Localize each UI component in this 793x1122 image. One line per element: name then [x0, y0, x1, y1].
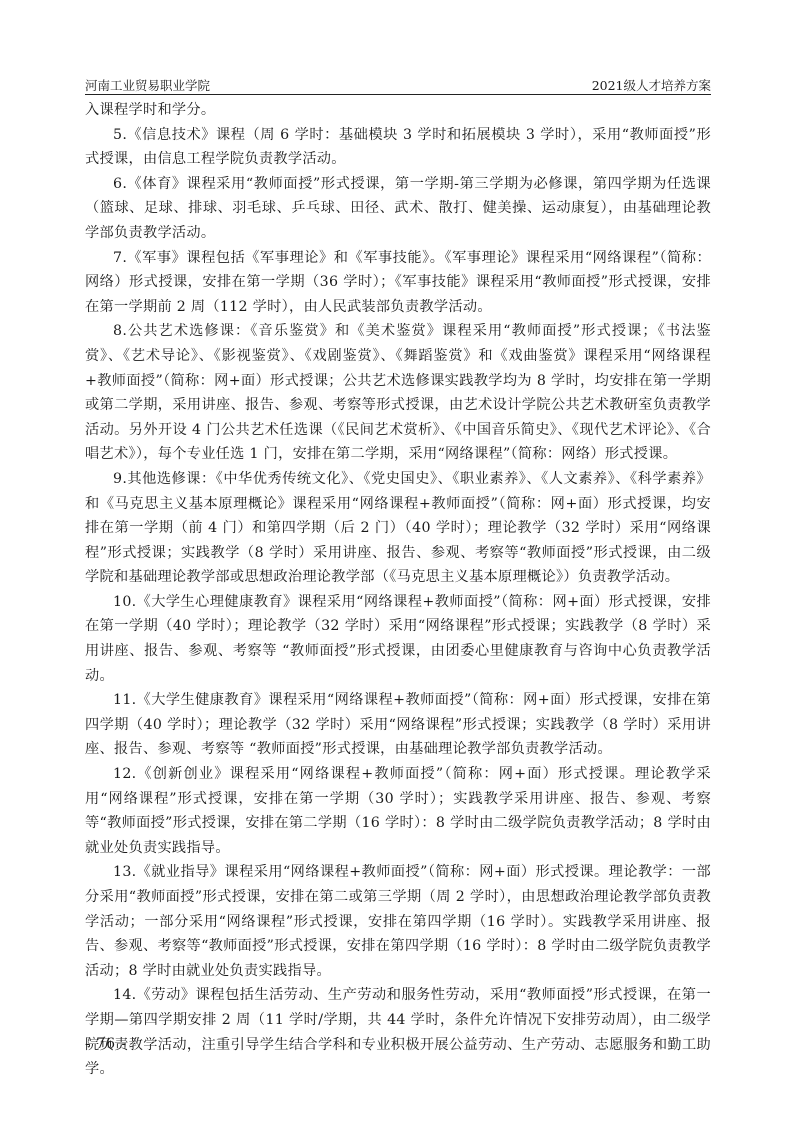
- paragraph-item-6: 6.《体育》课程采用“教师面授”形式授课，第一学期-第三学期为必修课，第四学期为…: [85, 172, 711, 246]
- paragraph-item-7: 7.《军事》课程包括《军事理论》和《军事技能》。《军事理论》课程采用“网络课程”…: [85, 246, 711, 320]
- paragraph-item-12: 12.《创新创业》课程采用“网络课程+教师面授”（简称：网+面）形式授课。理论教…: [85, 762, 711, 860]
- paragraph-item-10: 10.《大学生心理健康教育》课程采用“网络课程+教师面授”（简称：网+面）形式授…: [85, 590, 711, 688]
- header-institution: 河南工业贸易职业学院: [85, 76, 210, 94]
- paragraph-item-11: 11.《大学生健康教育》课程采用“网络课程+教师面授”（简称：网+面）形式授课，…: [85, 688, 711, 762]
- header-document-title: 2021级人才培养方案: [592, 76, 711, 94]
- paragraph-item-5: 5.《信息技术》课程（周 6 学时：基础模块 3 学时和拓展模块 3 学时），采…: [85, 123, 711, 172]
- paragraph-item-14: 14.《劳动》课程包括生活劳动、生产劳动和服务性劳动，采用“教师面授”形式授课，…: [85, 983, 711, 1081]
- paragraph-item-9: 9.其他选修课：《中华优秀传统文化》、《党史国史》、《职业素养》、《人文素养》、…: [85, 467, 711, 590]
- document-body: 入课程学时和学分。 5.《信息技术》课程（周 6 学时：基础模块 3 学时和拓展…: [85, 98, 711, 1082]
- paragraph-item-8: 8.公共艺术选修课：《音乐鉴赏》和《美术鉴赏》课程采用“教师面授”形式授课；《书…: [85, 319, 711, 467]
- page-number: - 76 -: [85, 1036, 127, 1052]
- paragraph-item-13: 13.《就业指导》课程采用“网络课程+教师面授”（简称：网+面）形式授课。理论教…: [85, 860, 711, 983]
- paragraph-continuation: 入课程学时和学分。: [85, 98, 711, 123]
- page-header: 河南工业贸易职业学院 2021级人才培养方案: [85, 74, 711, 95]
